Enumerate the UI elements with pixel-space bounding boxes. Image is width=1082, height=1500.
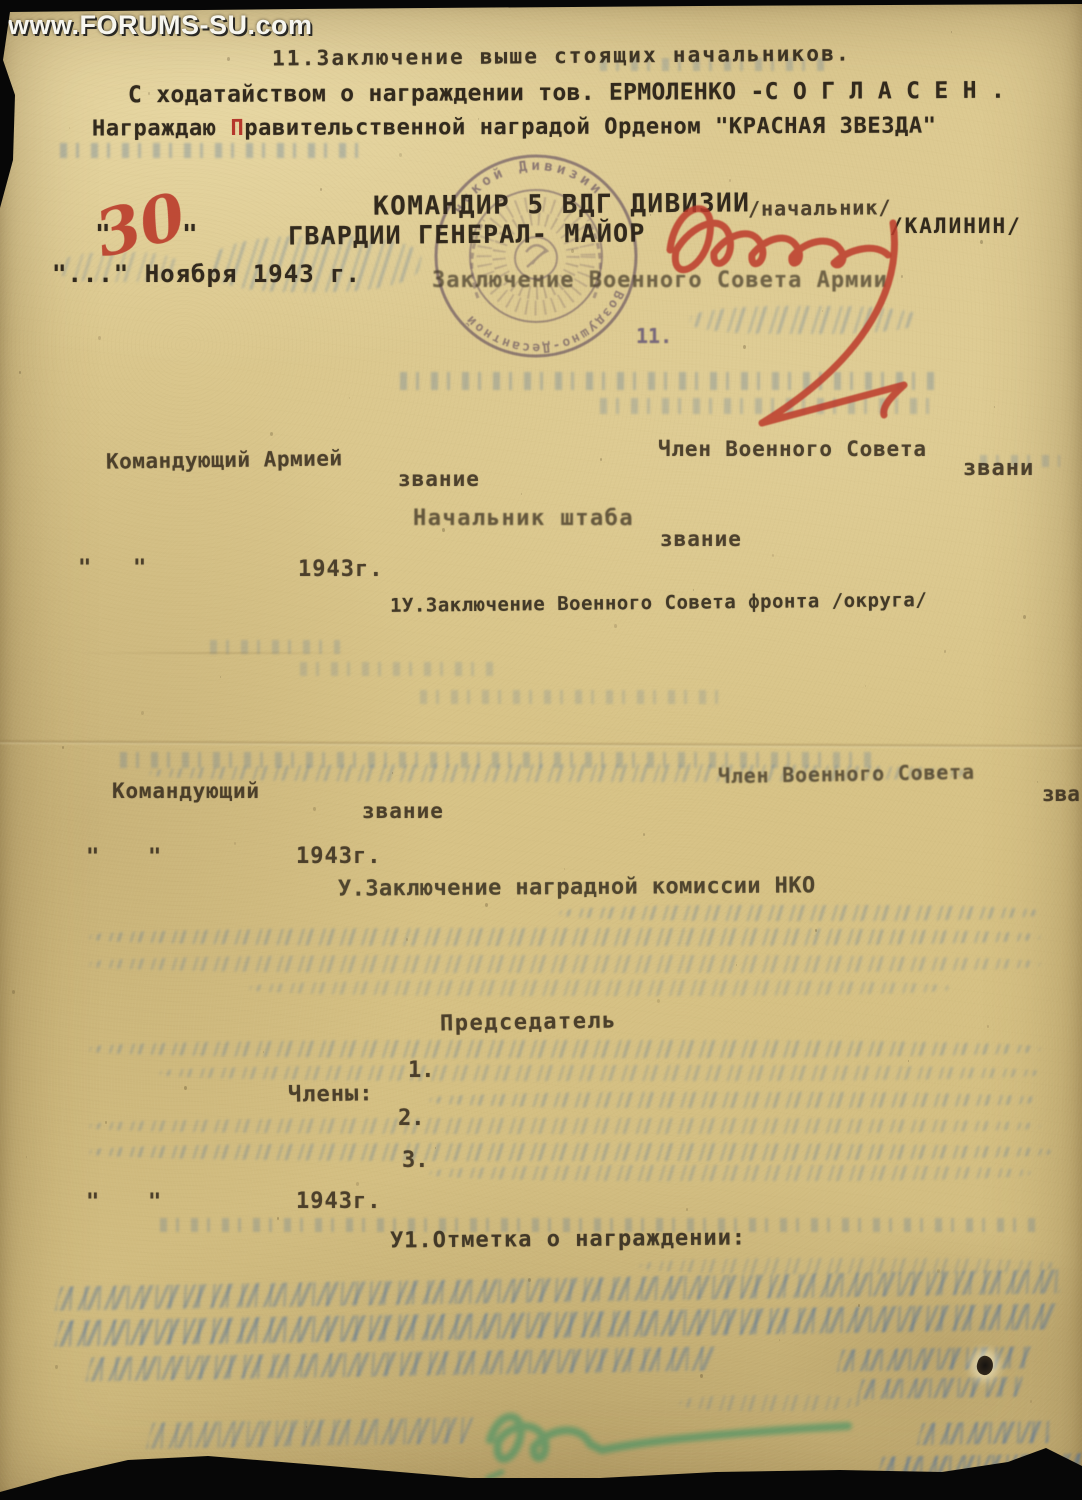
paper-speck xyxy=(528,1278,531,1282)
paper-speck xyxy=(700,1374,703,1378)
paper-speck xyxy=(220,676,221,678)
army-rank-label-right: звани xyxy=(963,456,1034,481)
front-quote-right: " xyxy=(148,845,161,870)
paper-speck xyxy=(98,336,101,340)
bleed-mark xyxy=(88,1040,1042,1058)
paper-speck xyxy=(306,1426,307,1428)
bleed-mark xyxy=(60,143,360,158)
bleed-mark xyxy=(210,640,340,654)
paper-speck xyxy=(944,650,946,653)
paper-speck xyxy=(1037,781,1038,783)
scanned-document: 11.Заключение выше стоящих начальников. … xyxy=(0,0,1082,1500)
army-commander-label: Командующий Армией xyxy=(106,446,343,473)
paper-speck xyxy=(12,990,15,994)
front-year: 1943г. xyxy=(296,844,381,869)
member-1: 1. xyxy=(408,1058,435,1083)
bleed-mark xyxy=(88,1143,1052,1161)
paper-speck xyxy=(657,999,660,1003)
front-quote-left: " xyxy=(86,845,99,870)
paper-speck xyxy=(349,397,350,399)
member-3: 3. xyxy=(402,1148,429,1173)
bleed-mark xyxy=(638,1258,1061,1274)
paper-speck xyxy=(1023,615,1026,619)
award-line-start: Награждаю xyxy=(92,116,231,141)
award-mark-heading: У1.Отметка о награждении: xyxy=(390,1225,746,1253)
army-quote-left: " xyxy=(78,556,91,581)
paper-speck xyxy=(643,833,645,836)
paper-speck xyxy=(399,153,402,157)
award-line-end: равительственной наградой Орденом "КРАСН… xyxy=(244,114,936,141)
nko-heading: У.Заключение наградной комиссии НКО xyxy=(338,873,816,901)
commander-rank: ГВАРДИИ ГЕНЕРАЛ- МАЙОР xyxy=(288,218,646,250)
nko-quote-right: " xyxy=(148,1190,161,1215)
paper-speck xyxy=(858,1304,860,1307)
paper-speck xyxy=(815,929,817,932)
nko-quote-left: " xyxy=(86,1190,99,1215)
paper-speck xyxy=(62,746,64,749)
paper-speck xyxy=(772,554,774,557)
paper-speck xyxy=(435,1147,436,1149)
bleed-mark xyxy=(55,1269,1066,1310)
member-2: 2. xyxy=(398,1106,425,1131)
paper-speck xyxy=(392,772,393,774)
front-rank-label: звание xyxy=(362,799,444,823)
army-quote-right: " xyxy=(133,556,146,581)
front-member-rank-cut: зва xyxy=(1042,782,1080,806)
paper-speck xyxy=(564,868,565,870)
bleed-mark xyxy=(428,1092,1041,1108)
paper-speck xyxy=(686,1208,688,1211)
paper-speck xyxy=(184,1086,187,1090)
award-line: Награждаю Правительственной наградой Орд… xyxy=(92,114,937,142)
paper-speck xyxy=(356,1182,359,1186)
bleed-mark xyxy=(55,1303,1056,1346)
bleed-mark xyxy=(857,1377,1023,1400)
members-label: Члены: xyxy=(288,1081,374,1107)
bleed-mark xyxy=(88,928,1042,946)
bleed-mark xyxy=(420,690,720,704)
watermark: www.FORUMS-SU.com xyxy=(8,10,313,41)
paper-speck xyxy=(865,685,866,687)
bleed-mark xyxy=(158,1065,1041,1081)
paper-speck xyxy=(141,711,144,715)
army-rank-label: звание xyxy=(398,467,480,491)
paper-speck xyxy=(521,493,522,495)
paper-speck xyxy=(105,1121,107,1124)
army-rank-label-2: звание xyxy=(660,527,742,551)
green-signature-smudge xyxy=(440,1392,880,1492)
front-commander-label: Командующий xyxy=(112,779,260,803)
paper-speck xyxy=(614,624,617,628)
paper-speck xyxy=(263,1051,264,1053)
handwritten-day: 30 xyxy=(88,178,193,272)
paper-speck xyxy=(313,807,316,811)
paper-speck xyxy=(277,1217,279,1220)
consent-line: С ходатайством о награждении тов. ЕРМОЛЕ… xyxy=(128,78,1005,109)
bleed-mark xyxy=(558,905,1041,921)
paper-speck xyxy=(227,57,230,61)
paper-speck xyxy=(234,842,236,845)
paper-speck xyxy=(19,371,21,374)
paper-speck xyxy=(600,458,602,461)
paper-speck xyxy=(937,1269,940,1273)
front-member-label: Член Военного Совета xyxy=(718,760,975,788)
front-council-heading: 1У.Заключение Военного Совета фронта /ок… xyxy=(390,589,927,617)
paper-speck xyxy=(736,964,737,966)
bleed-mark xyxy=(300,662,500,676)
bleed-mark xyxy=(88,1118,1041,1134)
paper-tear-hole xyxy=(974,1354,995,1377)
paper-speck xyxy=(69,127,70,129)
bleed-mark xyxy=(877,1453,1082,1480)
paper-crease xyxy=(80,652,360,654)
paper-speck xyxy=(980,240,983,244)
paper-speck xyxy=(406,938,408,941)
paper-sheet: 11.Заключение выше стоящих начальников. … xyxy=(0,0,1082,1500)
chairman-label: Председатель xyxy=(440,1008,617,1036)
paper-speck xyxy=(987,1025,989,1028)
paper-speck xyxy=(951,31,952,33)
paper-speck xyxy=(270,432,273,436)
bleed-mark xyxy=(428,1165,1031,1181)
paper-speck xyxy=(55,1365,58,1369)
bleed-mark xyxy=(917,1421,1053,1445)
paper-crease xyxy=(0,740,1082,750)
bleed-mark xyxy=(837,1346,1033,1371)
award-line-red-initial: П xyxy=(230,116,244,141)
paper-speck xyxy=(485,903,488,907)
army-year: 1943г. xyxy=(298,557,383,582)
bleed-mark xyxy=(146,1417,474,1449)
bleed-mark xyxy=(88,955,1042,973)
paper-speck xyxy=(1030,1400,1032,1403)
paper-speck xyxy=(779,1339,780,1341)
paper-speck xyxy=(994,406,995,408)
official-stamp: нской Дивизии Воздушно-Десантной xyxy=(424,146,648,370)
chief-of-staff-label: Начальник штаба xyxy=(413,506,634,531)
red-signature xyxy=(630,165,950,455)
bleed-mark xyxy=(248,980,951,996)
paper-speck xyxy=(26,1156,27,1158)
superiors-heading: 11.Заключение выше стоящих начальников. xyxy=(272,41,851,70)
bleed-mark xyxy=(86,1347,715,1382)
paper-speck xyxy=(908,1060,909,1062)
date-line: "..." Ноября 1943 г. xyxy=(52,260,361,288)
paper-speck xyxy=(320,188,322,191)
nko-year: 1943г. xyxy=(296,1189,381,1214)
